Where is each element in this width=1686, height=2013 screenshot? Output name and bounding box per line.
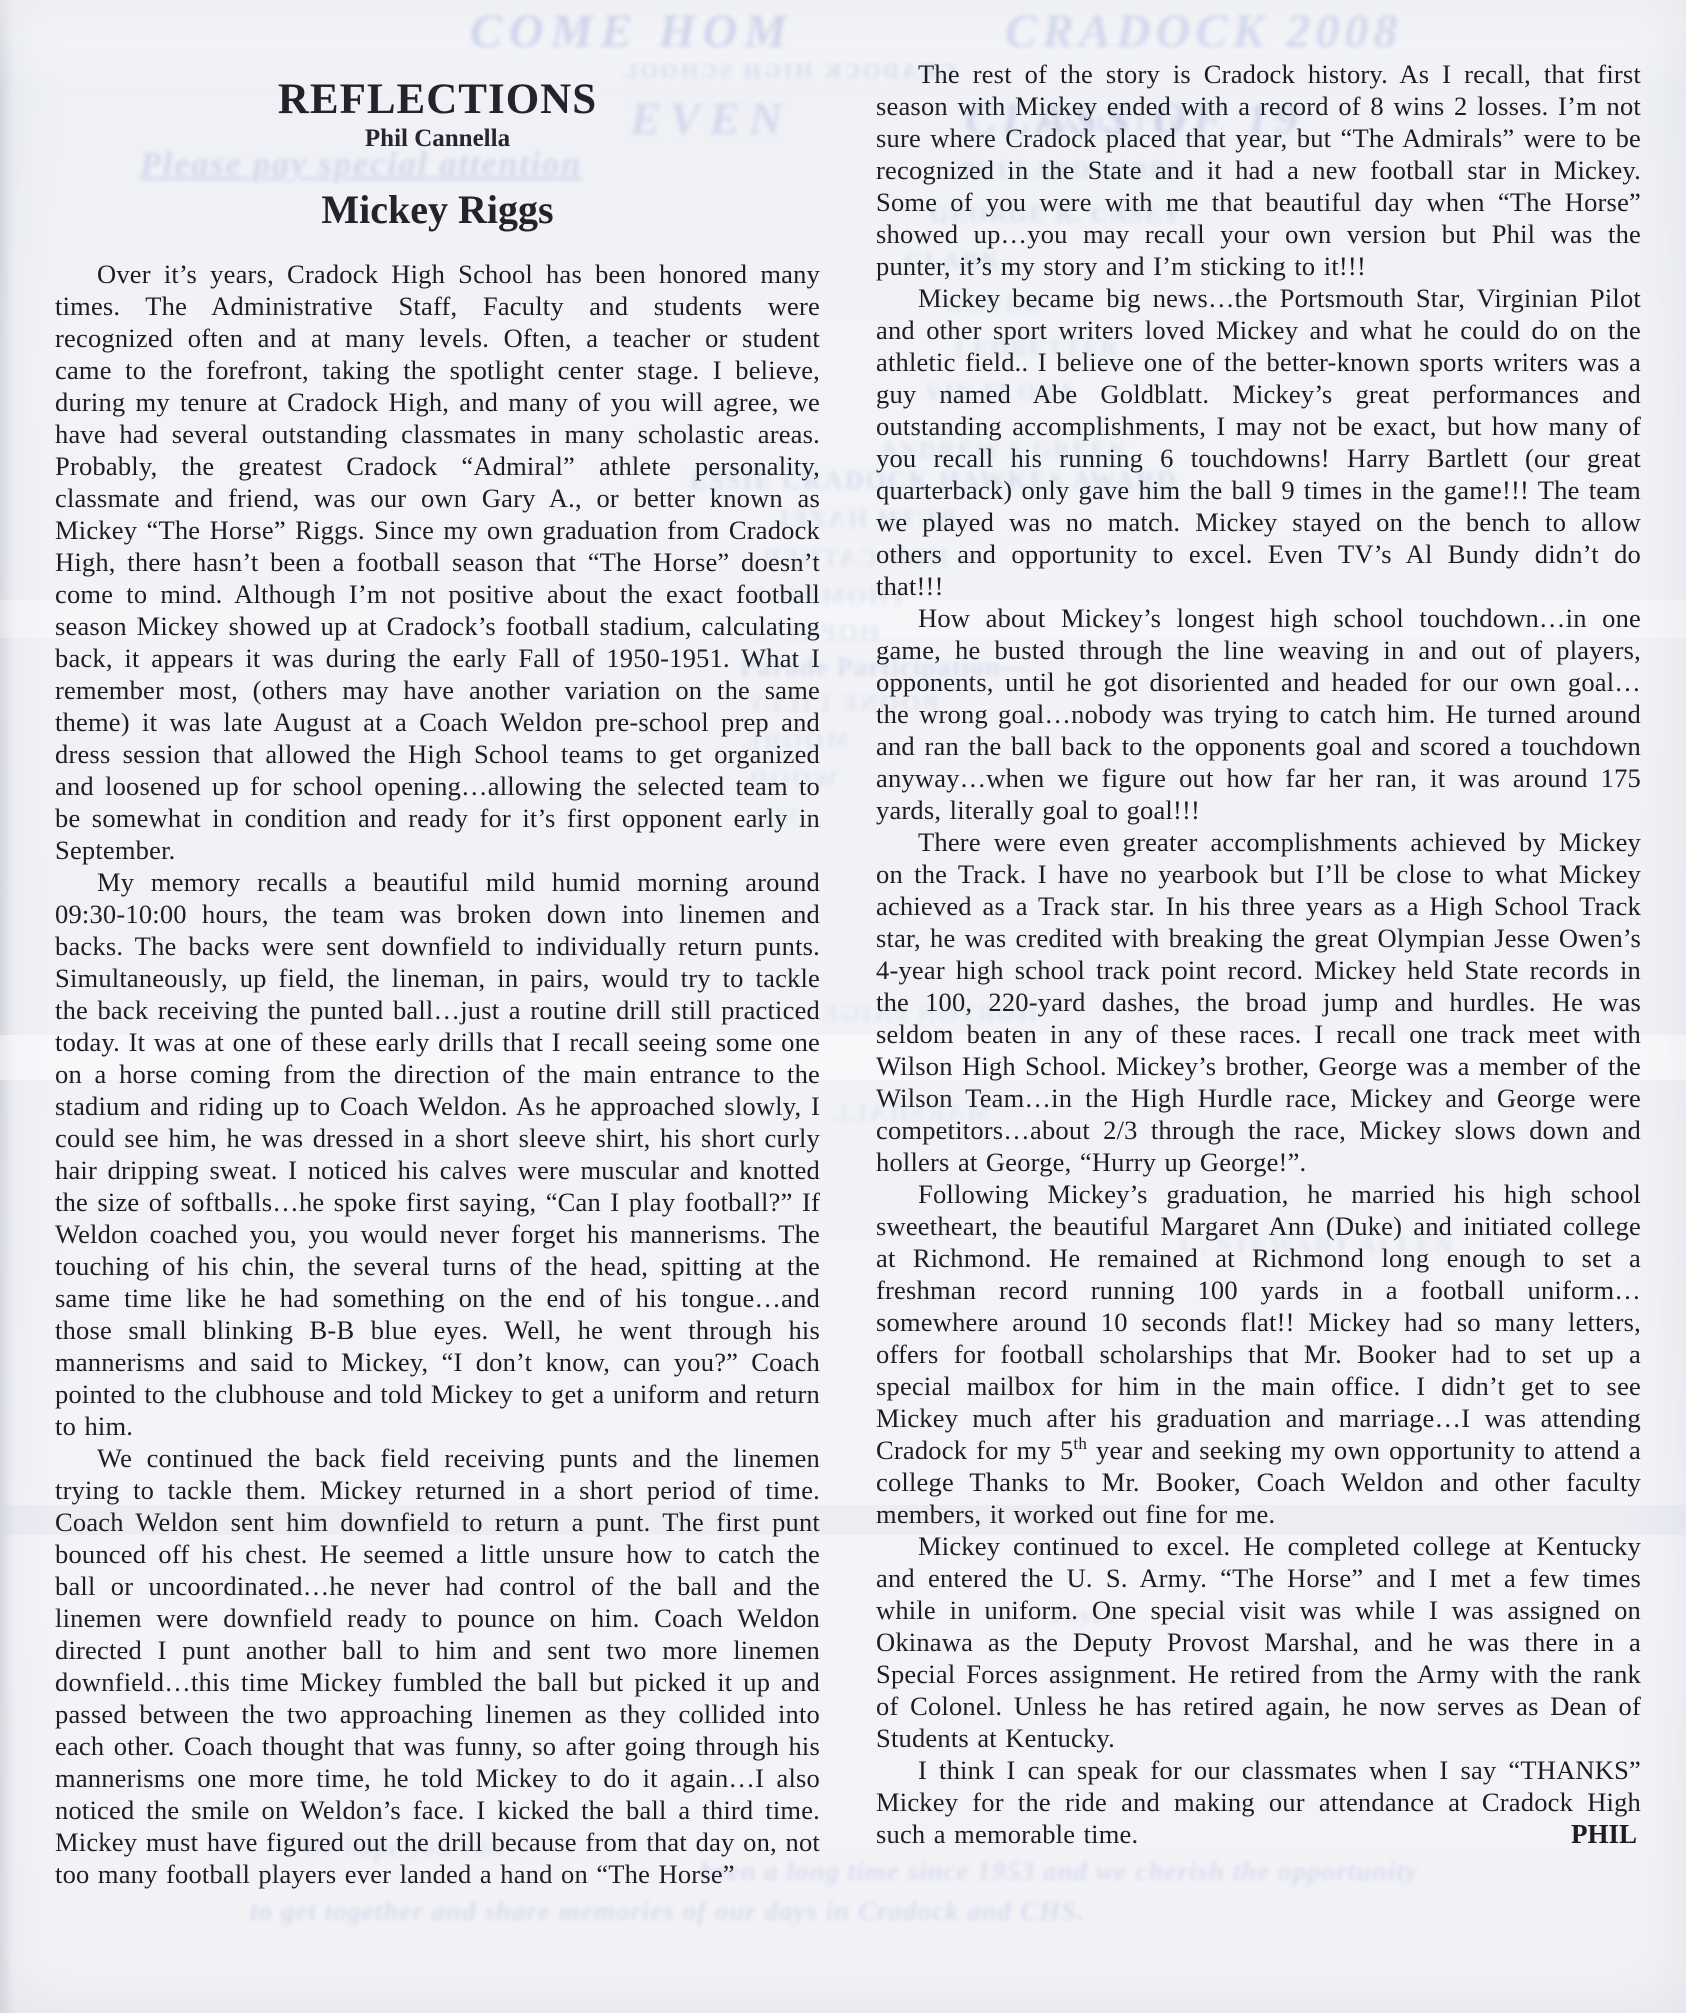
left-column: REFLECTIONS Phil Cannella Mickey Riggs O… xyxy=(55,0,820,2013)
paragraph: Mickey continued to excel. He completed … xyxy=(876,1530,1641,1754)
article-title: REFLECTIONS xyxy=(55,76,820,124)
paragraph: How about Mickey’s longest high school t… xyxy=(876,602,1641,826)
scanned-newsletter-page: COME HOMCRADOCK 2008CRADOCK HIGH SCHOOLE… xyxy=(0,0,1686,2013)
right-column-body: The rest of the story is Cradock history… xyxy=(876,58,1641,1850)
left-column-body: Over it’s years, Cradock High School has… xyxy=(55,258,820,1890)
paragraph: Mickey became big news…the Portsmouth St… xyxy=(876,282,1641,602)
article-byline: Phil Cannella xyxy=(55,124,820,154)
paragraph: Over it’s years, Cradock High School has… xyxy=(55,258,820,866)
right-column: The rest of the story is Cradock history… xyxy=(876,0,1641,2013)
article-columns: REFLECTIONS Phil Cannella Mickey Riggs O… xyxy=(55,0,1641,2013)
article-subject-heading: Mickey Riggs xyxy=(55,186,820,234)
paragraph: We continued the back field receiving pu… xyxy=(55,1442,820,1890)
paragraph: The rest of the story is Cradock history… xyxy=(876,58,1641,282)
paragraph: My memory recalls a beautiful mild humid… xyxy=(55,866,820,1442)
paragraph: Following Mickey’s graduation, he marrie… xyxy=(876,1178,1641,1530)
paragraph: There were even greater accomplishments … xyxy=(876,826,1641,1178)
